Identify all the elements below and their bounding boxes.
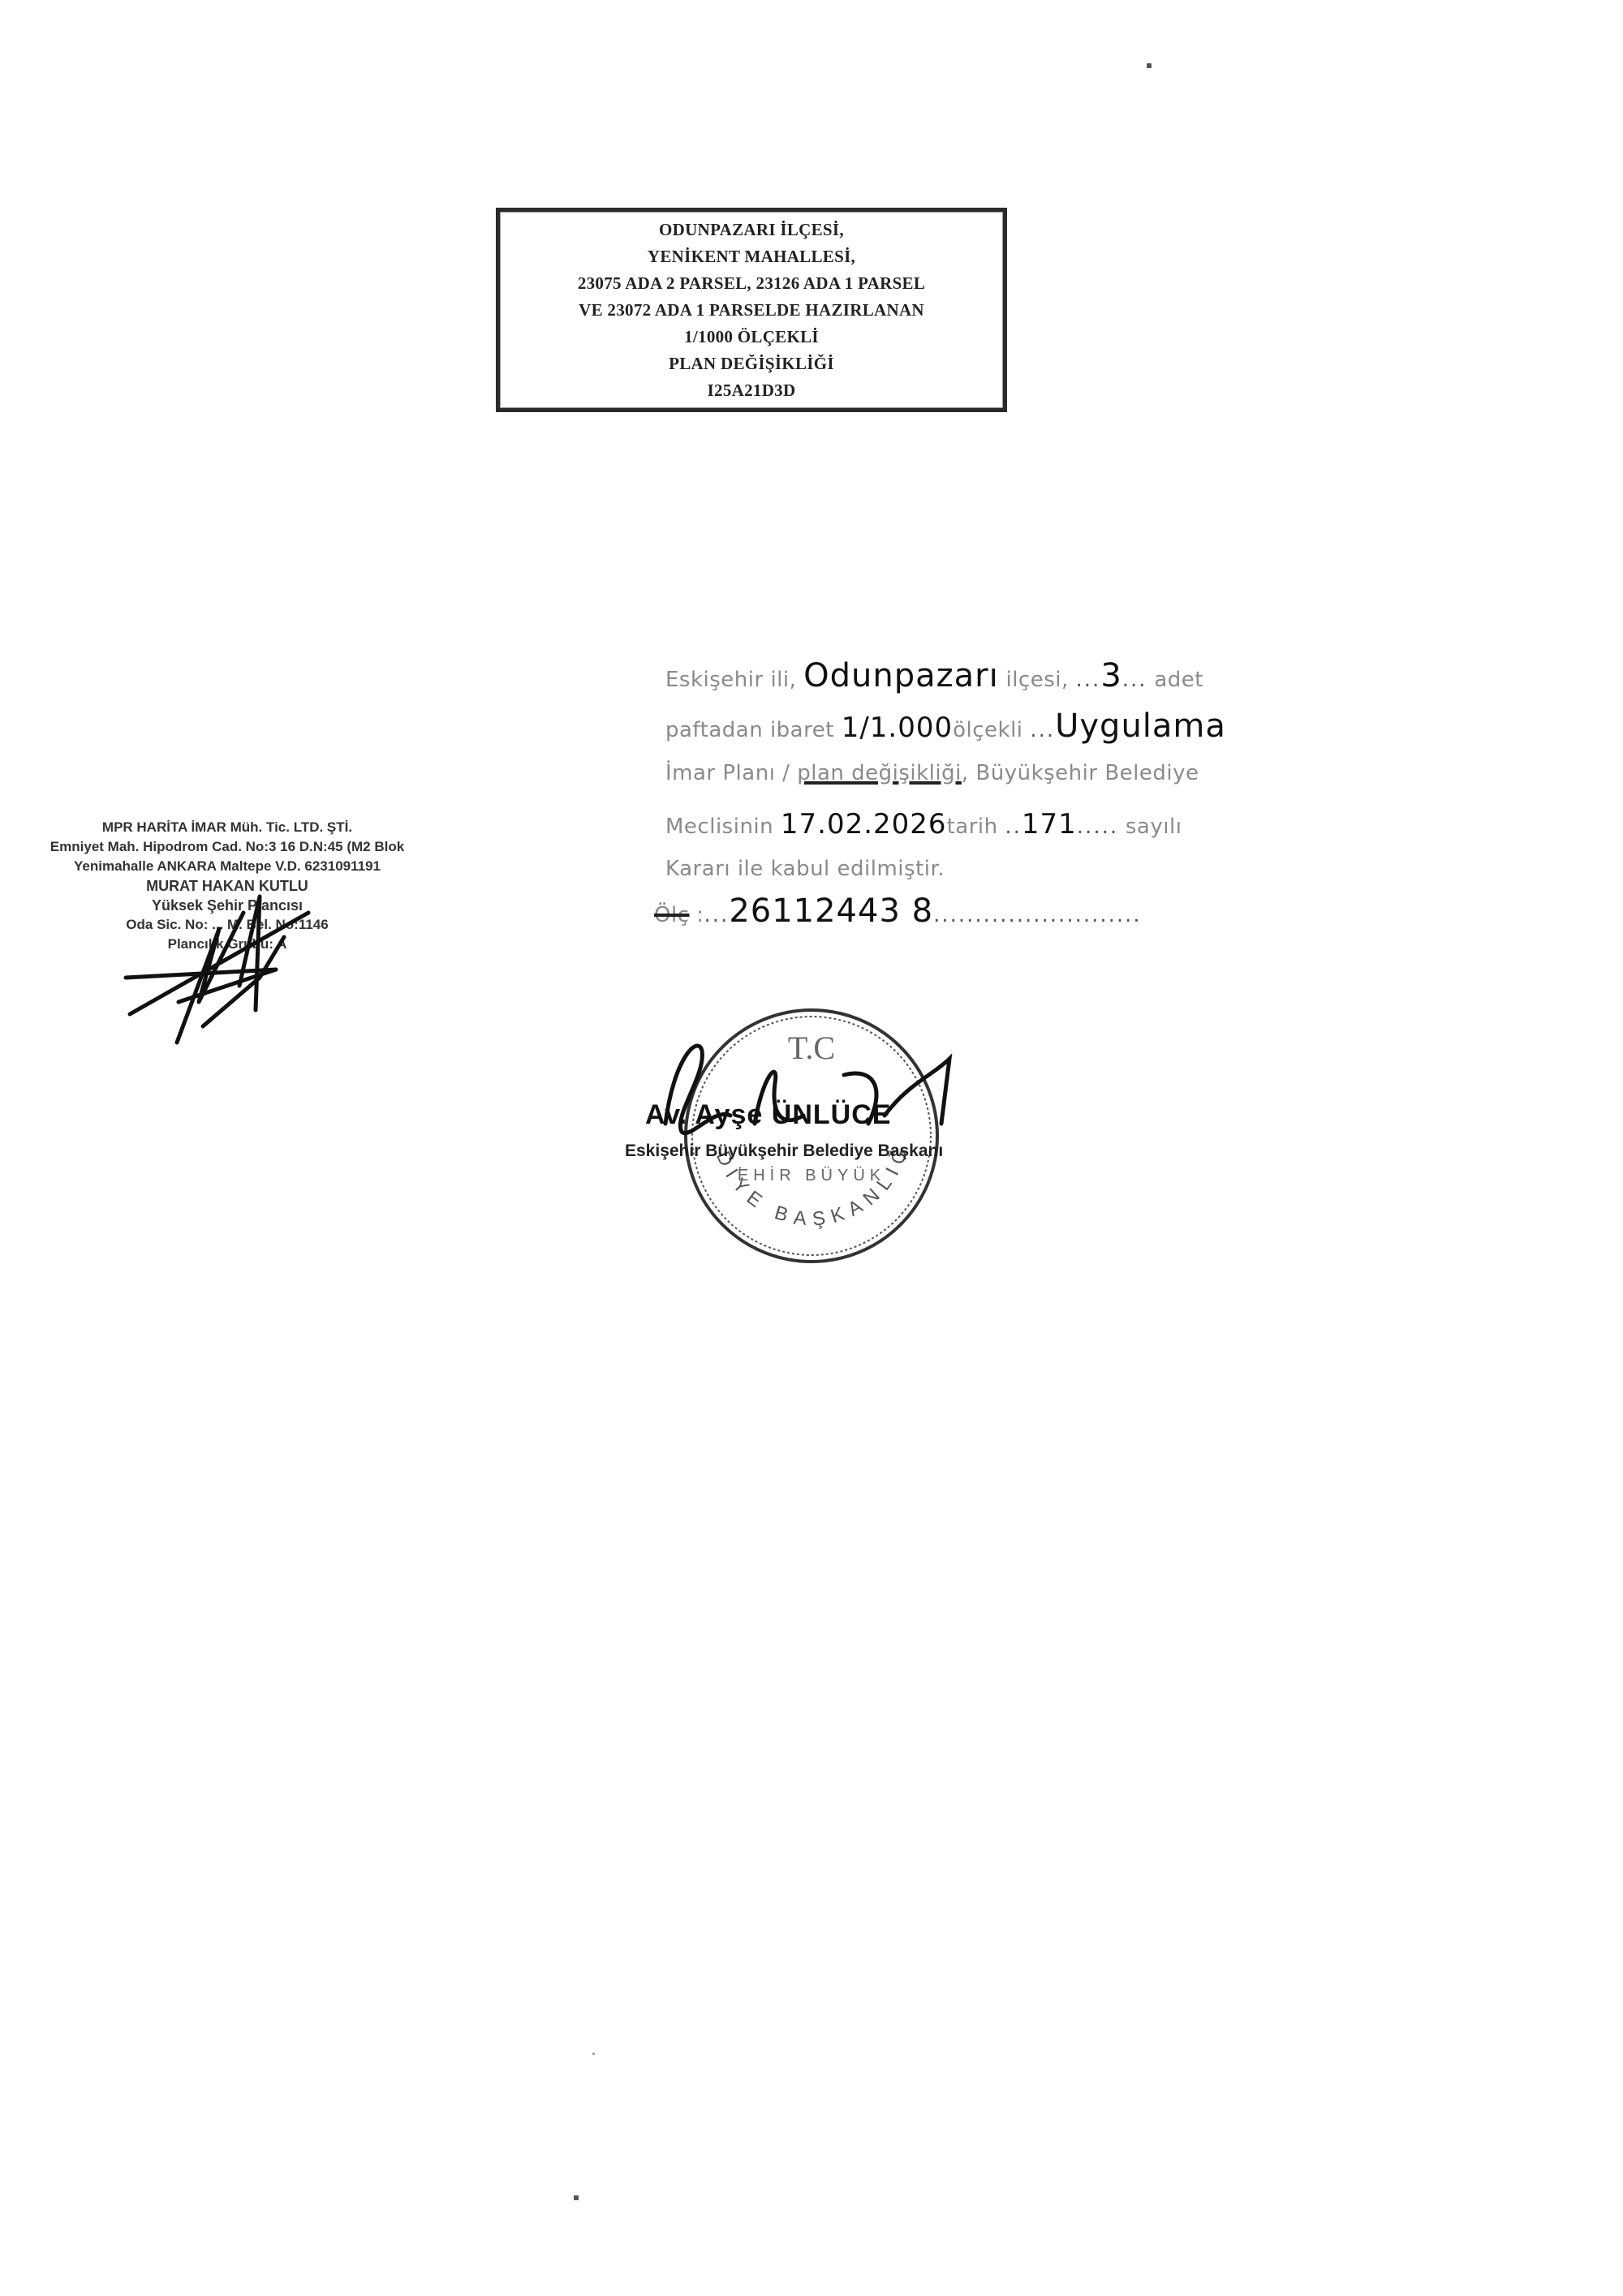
scan-speck xyxy=(574,2195,579,2200)
printed-text: Eskişehir ili, xyxy=(665,668,796,692)
title-line-plan-type: PLAN DEĞİŞİKLİĞİ xyxy=(669,350,834,377)
title-line-parcels-2: VE 23072 ADA 1 PARSELDE HAZIRLANAN xyxy=(579,297,924,324)
svg-text:EHİR BÜYÜK: EHİR BÜYÜK xyxy=(738,1166,885,1185)
struck-prefix: Ölç xyxy=(654,903,689,927)
approval-line-5: Kararı ile kabul edilmiştir. xyxy=(665,857,945,881)
printed-text: paftadan ibaret xyxy=(665,718,834,742)
printed-text: Meclisinin xyxy=(665,815,773,839)
mayor-signature-icon xyxy=(641,1026,990,1156)
mayor-title: Eskişehir Büyükşehir Belediye Başkanı xyxy=(625,1142,943,1161)
company-address: Emniyet Mah. Hipodrom Cad. No:3 16 D.N:4… xyxy=(0,837,454,857)
title-line-district: ODUNPAZARI İLÇESİ, xyxy=(659,217,844,243)
struck-plan-change: plan değişikliği xyxy=(797,761,962,785)
handwritten-reference-number: 26112443 8 xyxy=(729,892,933,930)
printed-text: , Büyükşehir Belediye xyxy=(962,761,1199,785)
title-line-parcels-1: 23075 ADA 2 PARSEL, 23126 ADA 1 PARSEL xyxy=(578,270,925,297)
printed-text: tarih xyxy=(947,815,998,839)
handwritten-decision-number: 171 xyxy=(1022,808,1077,841)
company-tax-info: Yenimahalle ANKARA Maltepe V.D. 62310911… xyxy=(0,857,454,876)
printed-text: ölçekli xyxy=(953,718,1022,742)
printed-text: ilçesi, xyxy=(1005,668,1068,692)
company-name: MPR HARİTA İMAR Müh. Tic. LTD. ŞTİ. xyxy=(0,818,454,837)
handwritten-scale: 1/1.000 xyxy=(842,712,953,744)
title-line-neighborhood: YENİKENT MAHALLESİ, xyxy=(648,243,855,270)
approval-line-6: Ölç :...26112443 8......................… xyxy=(654,892,1142,930)
approval-line-1: Eskişehir ili, Odunpazarı ilçesi, ...3..… xyxy=(665,657,1203,694)
title-line-scale: 1/1000 ÖLÇEKLİ xyxy=(684,324,819,350)
printed-text: adet xyxy=(1154,668,1203,692)
approval-line-4: Meclisinin 17.02.2026tarih ..171..... sa… xyxy=(665,808,1182,841)
plan-title-box: ODUNPAZARI İLÇESİ, YENİKENT MAHALLESİ, 2… xyxy=(496,208,1007,412)
printed-text: İmar Planı / xyxy=(665,761,790,785)
handwritten-date: 17.02.2026 xyxy=(781,808,947,841)
printed-text: sayılı xyxy=(1126,815,1182,839)
approval-stamp: Eskişehir ili, Odunpazarı ilçesi, ...3..… xyxy=(665,657,1298,941)
handwritten-sheet-count: 3 xyxy=(1100,657,1121,694)
handwritten-plan-type: Uygulama xyxy=(1055,707,1226,745)
engineer-signature-icon xyxy=(122,880,325,1067)
scan-speck xyxy=(1147,63,1152,68)
scan-speck xyxy=(592,2053,595,2055)
title-line-sheet-code: I25A21D3D xyxy=(708,377,796,404)
printed-text: : xyxy=(696,903,704,927)
approval-line-3: İmar Planı / plan değişikliği, Büyükşehi… xyxy=(665,761,1199,785)
handwritten-district: Odunpazarı xyxy=(803,657,999,694)
mayor-name: Av. Ayşe ÜNLÜCE xyxy=(645,1099,891,1131)
approval-line-2: paftadan ibaret 1/1.000ölçekli ...Uygula… xyxy=(665,707,1226,745)
